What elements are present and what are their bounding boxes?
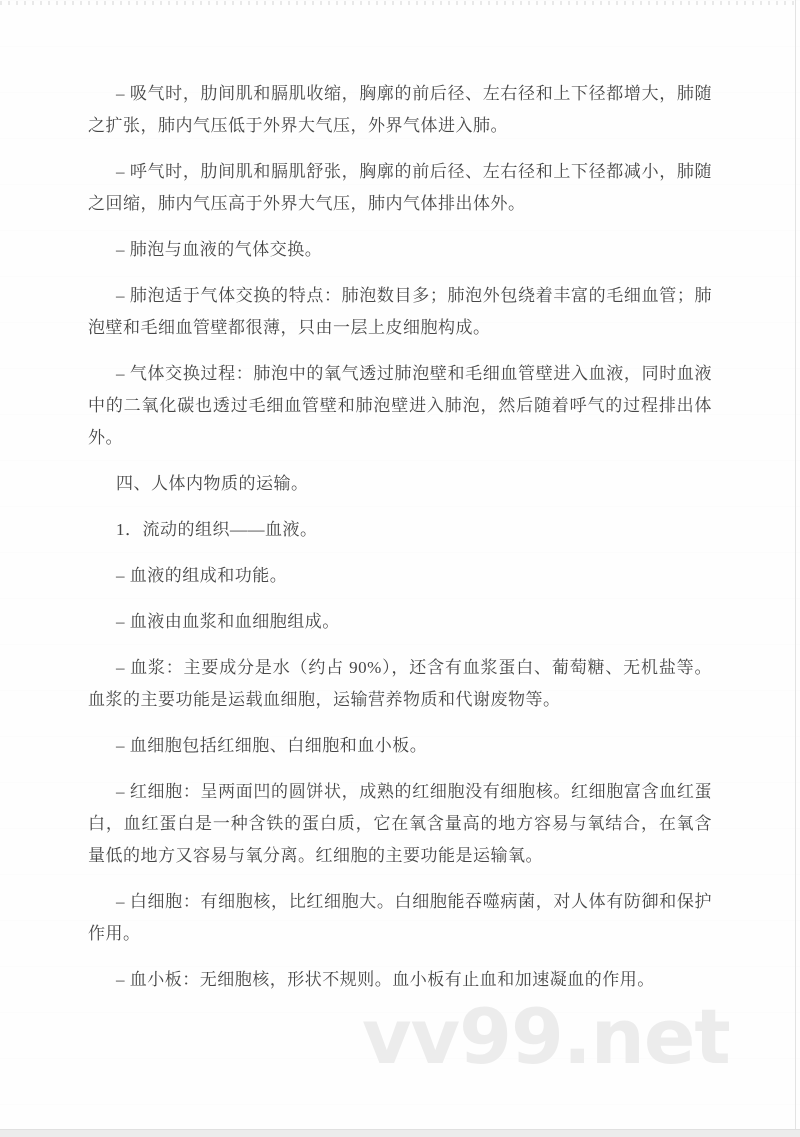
paragraph-gas-exchange-process: – 气体交换过程：肺泡中的氧气透过肺泡壁和毛细血管壁进入血液，同时血液中的二氧化… (88, 358, 712, 454)
heading-section-four: 四、人体内物质的运输。 (88, 468, 712, 500)
paragraph-blood-composition-function: – 血液的组成和功能。 (88, 560, 712, 592)
paragraph-alveoli-gas-exchange: – 肺泡与血液的气体交换。 (88, 234, 712, 266)
paragraph-platelets: – 血小板：无细胞核，形状不规则。血小板有止血和加速凝血的作用。 (88, 964, 712, 996)
paragraph-exhale: – 呼气时，肋间肌和膈肌舒张，胸廓的前后径、左右径和上下径都减小，肺随之回缩，肺… (88, 156, 712, 220)
paragraph-inhale: – 吸气时，肋间肌和膈肌收缩，胸廓的前后径、左右径和上下径都增大，肺随之扩张，肺… (88, 78, 712, 142)
page-right-edge (795, 0, 796, 1137)
page-bottom-edge (0, 1129, 800, 1137)
paragraph-blood-cells: – 血细胞包括红细胞、白细胞和血小板。 (88, 730, 712, 762)
paragraph-white-blood-cells: – 白细胞：有细胞核，比红细胞大。白细胞能吞噬病菌，对人体有防御和保护作用。 (88, 886, 712, 950)
heading-blood: 1．流动的组织——血液。 (88, 514, 712, 546)
paragraph-plasma: – 血浆：主要成分是水（约占 90%），还含有血浆蛋白、葡萄糖、无机盐等。血浆的… (88, 652, 712, 716)
paragraph-alveoli-features: – 肺泡适于气体交换的特点：肺泡数目多；肺泡外包绕着丰富的毛细血管；肺泡壁和毛细… (88, 280, 712, 344)
document-body: – 吸气时，肋间肌和膈肌收缩，胸廓的前后径、左右径和上下径都增大，肺随之扩张，肺… (88, 78, 712, 1010)
paragraph-blood-components: – 血液由血浆和血细胞组成。 (88, 606, 712, 638)
page-top-edge (0, 1, 800, 5)
paragraph-red-blood-cells: – 红细胞：呈两面凹的圆饼状，成熟的红细胞没有细胞核。红细胞富含血红蛋白，血红蛋… (88, 776, 712, 872)
document-page: vv99.net – 吸气时，肋间肌和膈肌收缩，胸廓的前后径、左右径和上下径都增… (0, 0, 800, 1137)
